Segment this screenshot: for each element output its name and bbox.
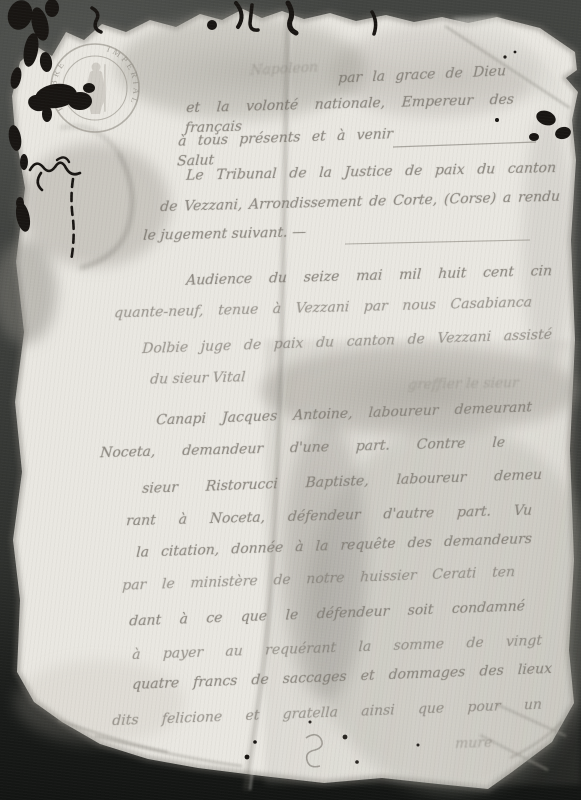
paper-artwork: TIMBRE IMPERIAL xyxy=(0,0,581,800)
scanned-manuscript-page: TIMBRE IMPERIAL xyxy=(0,0,581,800)
